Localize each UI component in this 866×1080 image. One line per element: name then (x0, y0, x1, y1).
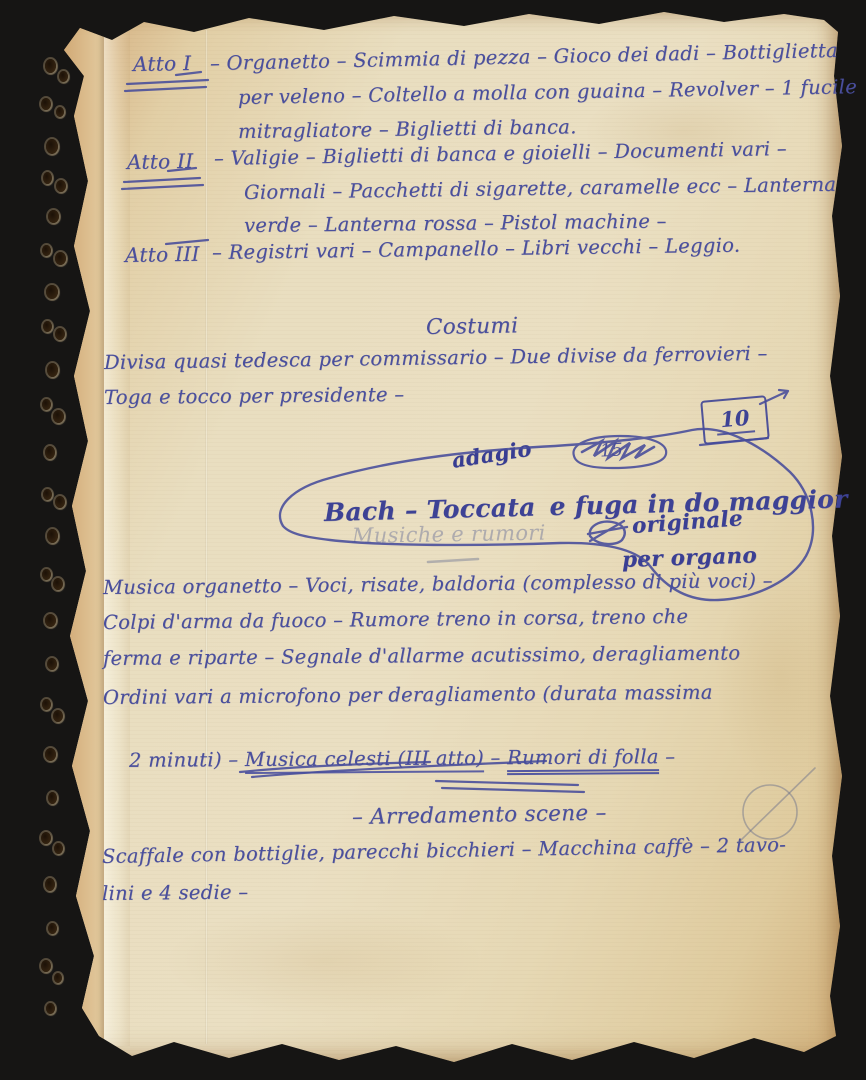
act2-label: Atto II (127, 149, 194, 174)
page-number-box: 10 (700, 395, 770, 445)
binding-hole (47, 658, 57, 670)
binding-hole (41, 98, 51, 110)
crossed-page-number: 15 (599, 439, 623, 461)
set-line: lini e 4 sedie – (102, 880, 249, 905)
binding-hole (41, 832, 51, 844)
binding-hole (48, 210, 59, 223)
binding-hole (45, 748, 56, 761)
binding-hole (43, 172, 52, 184)
binding-hole (48, 792, 57, 804)
binding-hole (54, 973, 62, 983)
binding-hole (53, 710, 63, 722)
paper-stain (164, 906, 484, 1016)
binding-hole (59, 71, 68, 82)
sounds-seg: – (484, 746, 507, 769)
binding-hole (41, 960, 51, 972)
binding-hole (46, 285, 58, 299)
act2-line: verde – Lanterna rossa – Pistol machine … (244, 210, 667, 237)
set-title: – Arredamento scene – (352, 801, 607, 830)
photographed-manuscript: Atto I – Organetto – Scimmia di pezza – … (0, 0, 866, 1080)
binding-hole (48, 923, 57, 934)
binding-hole (45, 446, 55, 459)
binding-hole (56, 180, 66, 192)
binding-hole (45, 614, 56, 627)
binding-hole (46, 1003, 55, 1014)
paper-stain (714, 566, 844, 786)
sounds-line-5: 2 minuti) – Musica celesti (III atto) – … (103, 722, 676, 795)
binding-hole (47, 529, 58, 543)
sounds-seg: 2 minuti) – (129, 748, 245, 772)
binding-hole (42, 399, 51, 410)
binding-hole (53, 578, 63, 590)
binding-hole (43, 321, 52, 332)
binding-hole (43, 489, 52, 500)
binding-hole (53, 410, 64, 423)
binding-hole (42, 699, 51, 710)
binding-hole (42, 245, 51, 256)
costumes-line: Toga e tocco per presidente – (104, 383, 405, 409)
sounds-seg-underlined: Rumori di folla (507, 745, 659, 775)
binding-hole (55, 252, 66, 265)
costumes-title: Costumi (426, 313, 519, 340)
binding-hole (45, 878, 55, 891)
binding-hole (46, 139, 58, 154)
binding-hole (45, 59, 56, 73)
binding-edge (28, 24, 104, 1052)
binding-hole (54, 843, 63, 854)
binding-hole (56, 107, 64, 117)
act1-label: Atto I (133, 51, 192, 76)
binding-hole (55, 496, 65, 508)
page-number: 10 (715, 404, 755, 435)
sounds-seg-underlined: Musica celesti (III atto) (245, 746, 484, 774)
faded-heading: Musiche e rumori (352, 521, 546, 548)
sounds-seg: – (659, 745, 676, 768)
act3-label: Atto III (125, 242, 200, 267)
binding-hole (47, 363, 58, 377)
act1-line: mitragliatore – Biglietti di banca. (238, 115, 577, 143)
binding-hole (55, 328, 65, 340)
binding-hole (42, 569, 51, 580)
